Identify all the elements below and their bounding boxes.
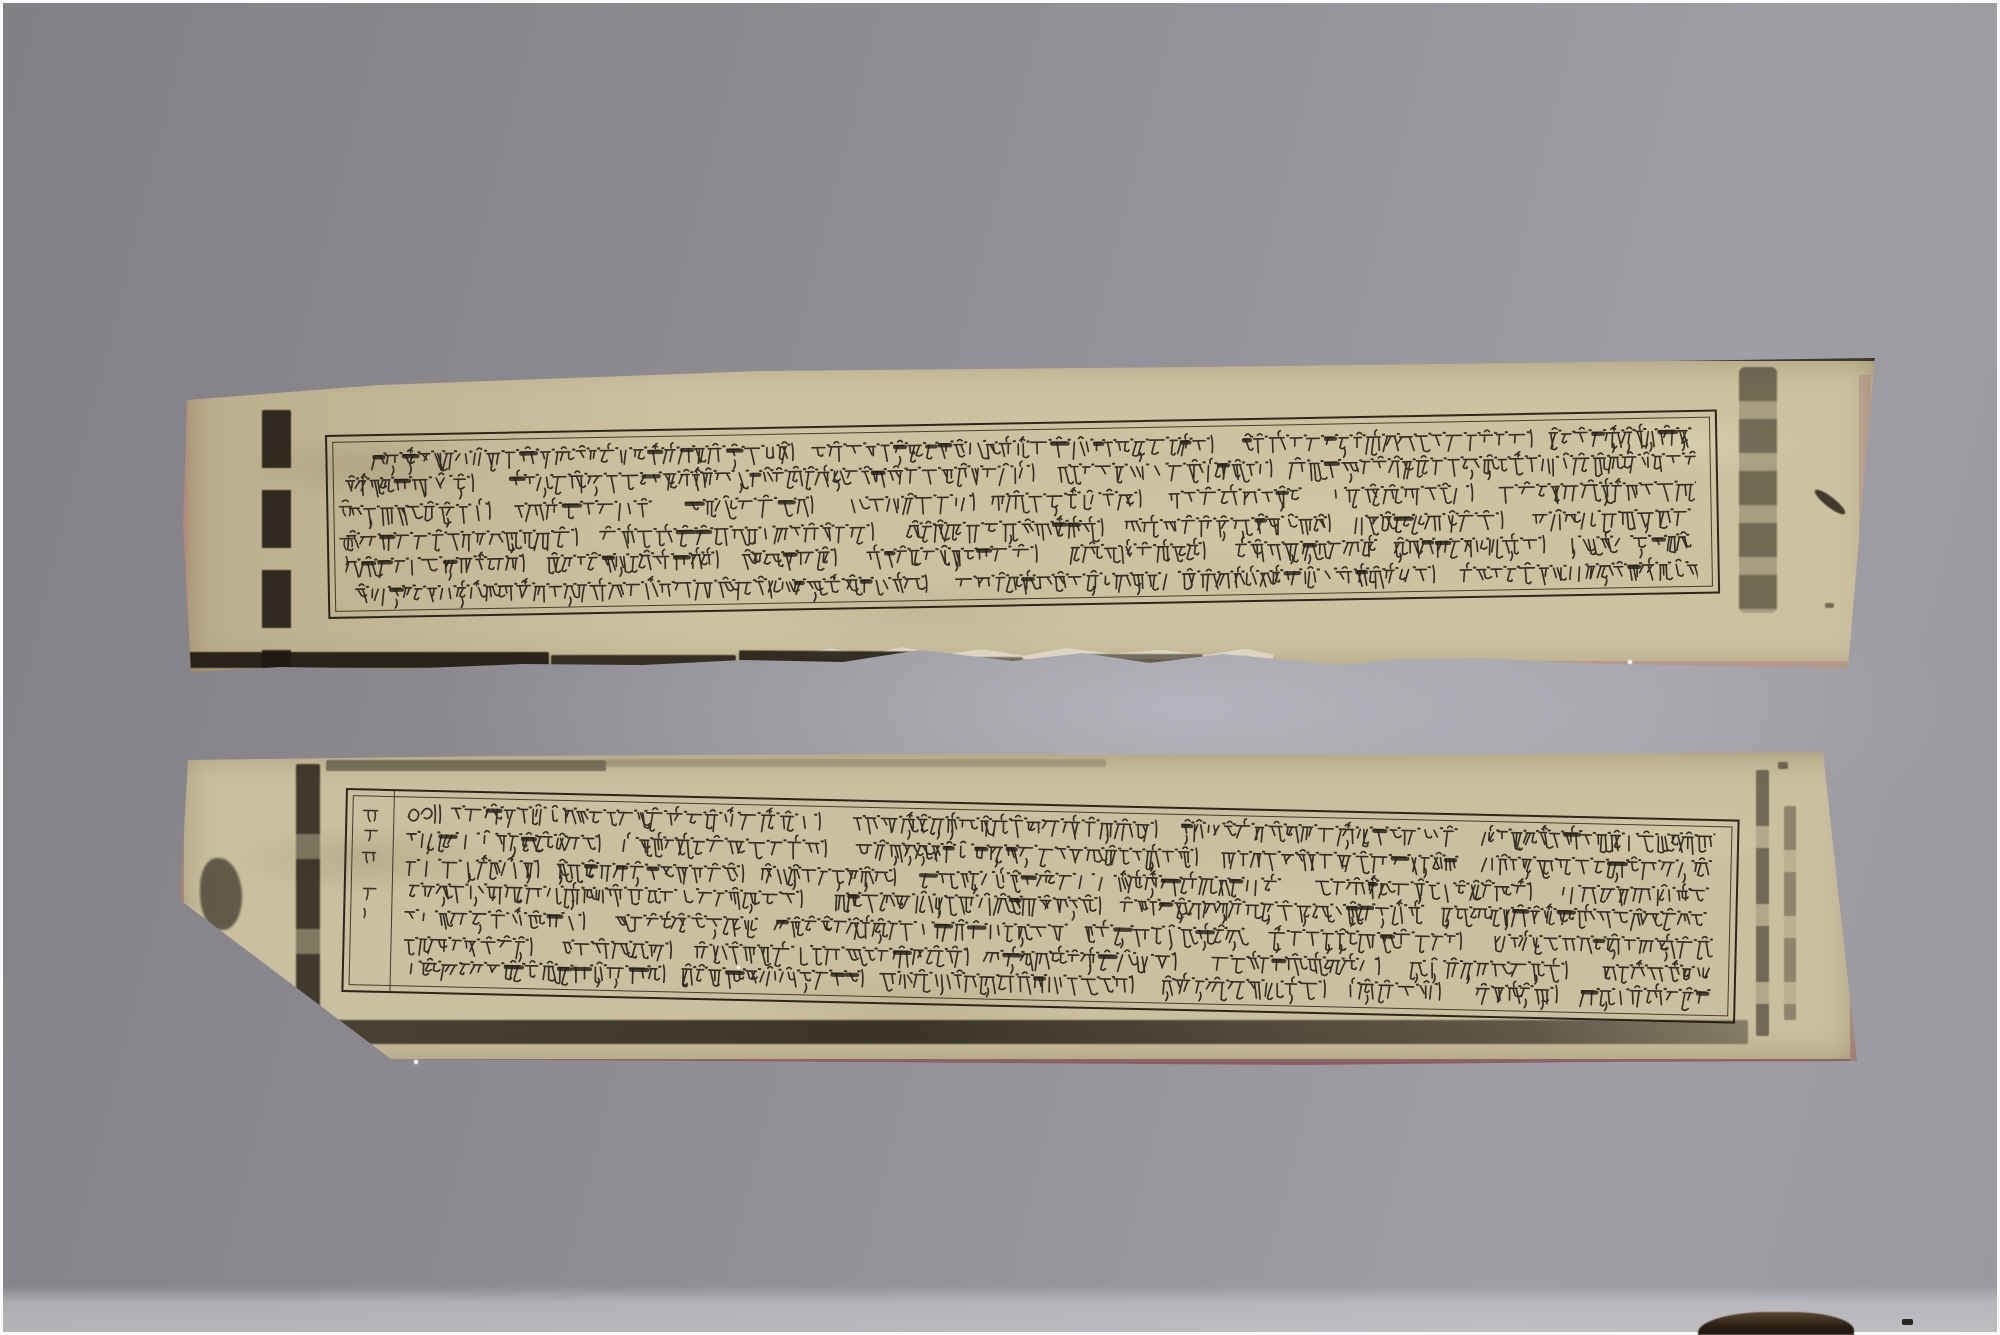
bottom-edge-purple-tint: [188, 1059, 1850, 1066]
margin-cell: [343, 790, 395, 991]
left-edge-pink-tint: [183, 395, 189, 672]
text-frame-top-leaf: [325, 409, 1720, 618]
bottom-ink-band-segment: [953, 657, 1023, 665]
script-lines-svg: [343, 419, 1698, 614]
script-line-4: [347, 505, 1691, 557]
margin-vertical-title-glyphs: [355, 804, 388, 929]
top-edge-purple-tint: [186, 748, 1830, 752]
outer-frame-top-band-faint: [606, 759, 1106, 767]
manuscript-leaf-top: [183, 355, 1878, 673]
text-frame-bottom-leaf: [341, 788, 1739, 1024]
foreign-object-edge: [1698, 1312, 1854, 1335]
text-block-top-leaf: [343, 419, 1698, 618]
margin-glyphs-svg: [355, 804, 388, 925]
bottom-ink-band-segment: [1205, 656, 1250, 663]
bottom-edge-pink-tint: [1383, 661, 1848, 668]
right-edge-purple-tint: [1850, 754, 1860, 1062]
outer-frame-top-band: [326, 760, 606, 771]
ink-fleck: [1825, 603, 1834, 608]
bottom-ink-band-segment: [551, 655, 736, 667]
outer-frame-right-band-2: [1784, 806, 1796, 1020]
outer-frame-bottom-band: [308, 1020, 1748, 1044]
text-block-bottom-leaf: [401, 797, 1715, 1021]
dust-speck: [737, 966, 740, 969]
outer-frame-left-band: [296, 764, 320, 1042]
bottom-ink-band-segment: [1088, 654, 1203, 663]
left-margin-inked-bar: [262, 410, 291, 670]
photograph: [0, 0, 2000, 1335]
dust-speck: [1628, 660, 1632, 664]
dark-speck: [1902, 1319, 1913, 1325]
top-edge-dark-line: [945, 356, 1875, 361]
right-edge-tint: [1859, 375, 1871, 665]
margin-glyphs-svg: [335, 498, 366, 571]
script-lines-svg: [401, 797, 1715, 1017]
outer-frame-right-band: [1756, 770, 1769, 1036]
manuscript-leaf-bottom: [178, 748, 1860, 1066]
script-line-3: [350, 476, 1697, 528]
dust-speck: [414, 1060, 418, 1064]
top-edge-purple-tint: [363, 355, 1875, 359]
left-edge-purple-tint: [178, 758, 184, 1058]
bottom-ink-band-segment: [739, 650, 929, 664]
left-margin-smudge-blob: [200, 858, 242, 930]
script-line-2: [346, 448, 1698, 500]
ink-fleck: [1778, 762, 1788, 769]
bottom-ink-band-segment: [189, 652, 549, 668]
script-line-1: [372, 423, 1691, 475]
right-ink-smudge-band: [1739, 367, 1777, 613]
margin-note-glyphs: [335, 498, 366, 575]
